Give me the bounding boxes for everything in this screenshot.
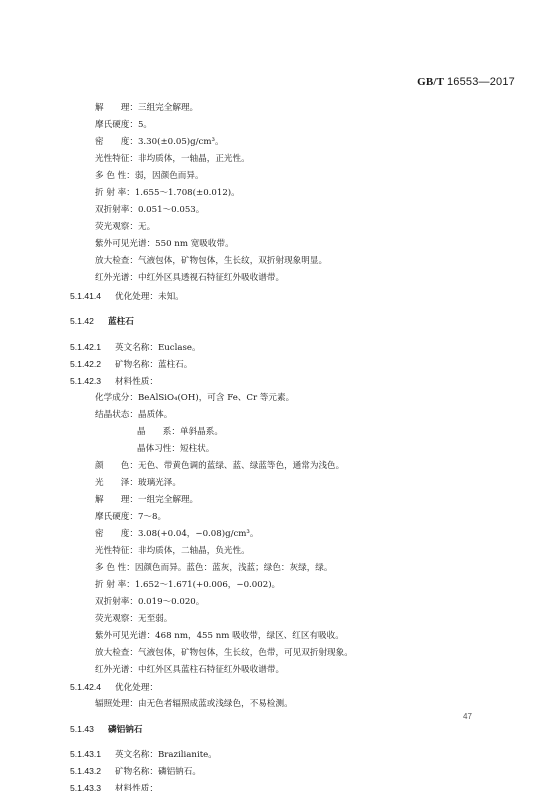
clause-text: 优化处理： <box>115 683 158 693</box>
property-line: 紫外可见光谱：468 nm，455 nm 吸收带，绿区、红区有吸收。 <box>95 630 344 642</box>
clause-text: 材料性质： <box>115 784 158 791</box>
property-line: 密 度：3.08(+0.04，−0.08)g/cm³。 <box>95 528 258 540</box>
property-line: 解 理：一组完全解理。 <box>95 494 198 506</box>
property-line: 多 色 性：弱，因颜色而异。 <box>95 170 204 182</box>
property-line: 解 理：三组完全解理。 <box>95 102 198 114</box>
property-line: 摩氏硬度：7～8。 <box>95 511 166 523</box>
property-line: 光 泽：玻璃光泽。 <box>95 477 181 489</box>
page-number: 47 <box>463 712 472 721</box>
clause: 5.1.42.2矿物名称：蓝柱石。 <box>70 358 192 371</box>
clause: 5.1.42.3材料性质： <box>70 375 158 388</box>
property-line: 荧光观察：无至弱。 <box>95 613 172 625</box>
clause-text: 磷铝钠石 <box>108 725 142 735</box>
property-line: 摩氏硬度：5。 <box>95 119 152 131</box>
clause-number: 5.1.43.1 <box>70 748 115 760</box>
section-heading: 5.1.43磷铝钠石 <box>70 723 142 736</box>
property-line: 辐照处理：由无色者辐照成蓝或浅绿色，不易检测。 <box>95 698 293 710</box>
property-line: 紫外可见光谱：550 nm 宽吸收带。 <box>95 238 234 250</box>
property-line: 折 射 率：1.655～1.708(±0.012)。 <box>95 187 240 199</box>
clause-number: 5.1.43.3 <box>70 782 115 791</box>
property-line: 多 色 性：因颜色而异。蓝色：蓝灰，浅蓝；绿色：灰绿，绿。 <box>95 562 333 574</box>
property-line: 放大检查：气液包体，矿物包体，生长纹，色带，可见双折射现象。 <box>95 647 353 659</box>
standard-number: 16553—2017 <box>447 76 515 88</box>
property-line: 双折射率：0.051～0.053。 <box>95 204 204 216</box>
property-line: 红外光谱：中红外区具透视石特征红外吸收谱带。 <box>95 272 284 284</box>
clause-text: 蓝柱石 <box>108 317 134 327</box>
property-line: 双折射率：0.019～0.020。 <box>95 596 204 608</box>
property-line: 折 射 率：1.652～1.671(+0.006，−0.002)。 <box>95 579 280 591</box>
clause: 5.1.42.1英文名称：Euclase。 <box>70 341 201 354</box>
property-line: 光性特征：非均质体，一轴晶，正光性。 <box>95 153 250 165</box>
clause-number: 5.1.42.1 <box>70 341 115 353</box>
clause-text: 矿物名称：蓝柱石。 <box>115 360 192 370</box>
property-line: 光性特征：非均质体，二轴晶，负光性。 <box>95 545 250 557</box>
property-line: 密 度：3.30(±0.05)g/cm³。 <box>95 136 224 148</box>
clause: 5.1.43.3材料性质： <box>70 782 158 791</box>
clause: 5.1.41.4优化处理：未知。 <box>70 290 184 303</box>
clause-number: 5.1.42.3 <box>70 375 115 387</box>
property-line: 晶 系：单斜晶系。 <box>137 426 223 438</box>
property-line: 结晶状态：晶质体。 <box>95 409 172 421</box>
clause-text: 英文名称：Brazilianite。 <box>115 750 217 760</box>
clause-text: 材料性质： <box>115 377 158 387</box>
clause-number: 5.1.43.2 <box>70 765 115 777</box>
clause: 5.1.43.2矿物名称：磷铝钠石。 <box>70 765 201 778</box>
standard-header: GB/T 16553—2017 <box>417 76 515 88</box>
clause-text: 矿物名称：磷铝钠石。 <box>115 767 201 777</box>
clause-text: 优化处理：未知。 <box>115 292 184 302</box>
property-line: 颜 色：无色、带黄色调的蓝绿、蓝、绿蓝等色，通常为浅色。 <box>95 460 344 472</box>
clause-number: 5.1.42.2 <box>70 358 115 370</box>
clause-number: 5.1.42.4 <box>70 681 115 693</box>
clause-number: 5.1.41.4 <box>70 290 115 302</box>
clause-number: 5.1.43 <box>70 723 108 735</box>
standard-code: GB/T <box>417 76 444 88</box>
property-line: 荧光观察：无。 <box>95 221 155 233</box>
clause: 5.1.42.4优化处理： <box>70 681 158 694</box>
property-line: 化学成分：BeAlSiO₄(OH)，可含 Fe、Cr 等元素。 <box>95 392 294 404</box>
section-heading: 5.1.42蓝柱石 <box>70 315 134 328</box>
property-line: 放大检查：气液包体，矿物包体，生长纹，双折射现象明显。 <box>95 255 327 267</box>
clause: 5.1.43.1英文名称：Brazilianite。 <box>70 748 217 761</box>
property-line: 红外光谱：中红外区具蓝柱石特征红外吸收谱带。 <box>95 664 284 676</box>
property-line: 晶体习性：短柱状。 <box>137 443 214 455</box>
clause-number: 5.1.42 <box>70 315 108 327</box>
clause-text: 英文名称：Euclase。 <box>115 343 201 353</box>
